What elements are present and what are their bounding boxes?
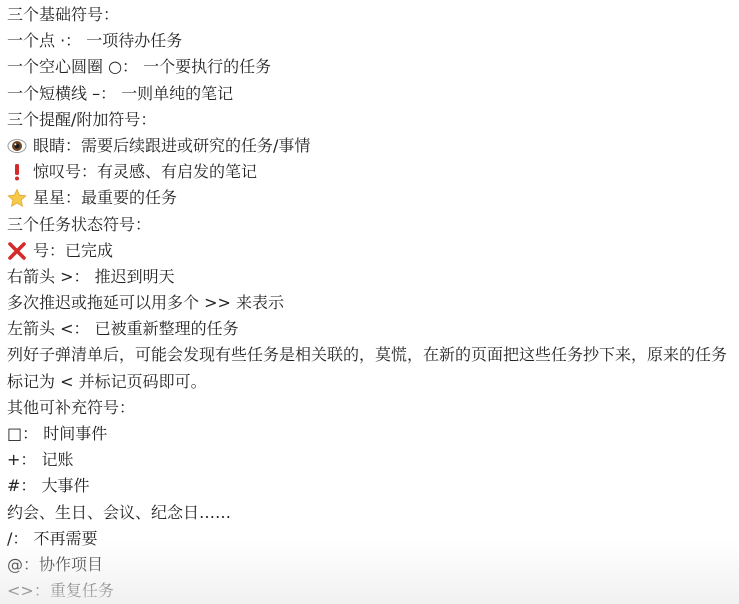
- list-item: #： 大事件: [7, 473, 733, 499]
- list-item: 一个短横线 –： 一则单纯的笔记: [7, 81, 733, 107]
- list-item: 一个空心圆圈 ○： 一个要执行的任务: [7, 54, 733, 80]
- list-item-text: 眼睛：需要后续跟进或研究的任务/事情: [33, 133, 310, 159]
- list-item: 左箭头 <： 已被重新整理的任务: [7, 316, 733, 342]
- section-heading-reminder: 三个提醒/附加符号：: [7, 107, 733, 133]
- section-heading-extra: 其他可补充符号：: [7, 395, 733, 421]
- list-item: 星星：最重要的任务: [7, 185, 733, 211]
- list-item: 一个点 ·： 一项待办任务: [7, 28, 733, 54]
- document-body: 三个基础符号： 一个点 ·： 一项待办任务 一个空心圆圈 ○： 一个要执行的任务…: [7, 2, 733, 604]
- list-item-text: 惊叹号：有灵感、有启发的笔记: [33, 159, 257, 185]
- exclamation-icon: [7, 162, 27, 182]
- list-item: <>：重复任务: [7, 578, 733, 604]
- list-item: @：协作项目: [7, 552, 733, 578]
- list-item: /： 不再需要: [7, 526, 733, 552]
- status-note-paragraph: 列好子弹清单后，可能会发现有些任务是相关联的，莫慌，在新的页面把这些任务抄下来，…: [7, 342, 733, 394]
- list-item: 多次推迟或拖延可以用多个 >> 来表示: [7, 290, 733, 316]
- cross-mark-icon: [7, 241, 27, 261]
- list-item-text: 号：已完成: [33, 238, 113, 264]
- eye-icon: [7, 136, 27, 156]
- list-item: 号：已完成: [7, 238, 733, 264]
- list-item: 眼睛：需要后续跟进或研究的任务/事情: [7, 133, 733, 159]
- list-item-text: 星星：最重要的任务: [33, 185, 177, 211]
- section-heading-basic: 三个基础符号：: [7, 2, 733, 28]
- star-icon: [7, 188, 27, 208]
- section-heading-status: 三个任务状态符号：: [7, 212, 733, 238]
- list-item: +： 记账: [7, 447, 733, 473]
- list-item: 约会、生日、会议、纪念日……: [7, 500, 733, 526]
- list-item: □： 时间事件: [7, 421, 733, 447]
- list-item: 惊叹号：有灵感、有启发的笔记: [7, 159, 733, 185]
- list-item: 右箭头 >： 推迟到明天: [7, 264, 733, 290]
